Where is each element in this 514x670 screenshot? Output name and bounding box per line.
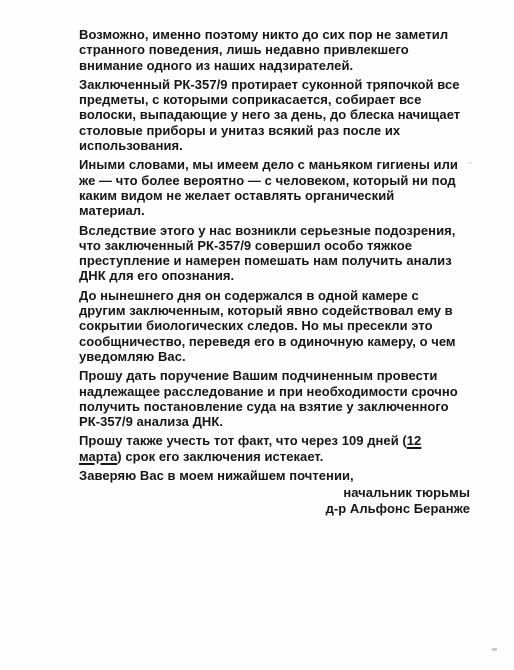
paragraph-7-with-date: Прошу также учесть тот факт, что через 1…	[79, 433, 461, 464]
scan-artifact	[492, 648, 497, 651]
paragraph-2: Заключенный РК-357/9 протирает суконной …	[79, 77, 461, 153]
scanned-letter-page: Возможно, именно поэтому никто до сих по…	[0, 0, 514, 670]
signature-name: д-р Альфонс Беранже	[79, 501, 470, 516]
paragraph-3: Иными словами, мы имеем дело с маньяком …	[79, 157, 461, 218]
paragraph-4: Вследствие этого у нас возникли серьезны…	[79, 223, 461, 284]
paragraph-6: Прошу дать поручение Вашим подчиненным п…	[79, 368, 461, 429]
letter-body: Возможно, именно поэтому никто до сих по…	[79, 27, 461, 516]
scan-artifact	[468, 162, 472, 164]
signature-title: начальник тюрьмы	[79, 485, 470, 500]
paragraph-5: До нынешнего дня он содержался в одной к…	[79, 288, 461, 364]
closing-line: Заверяю Вас в моем нижайшем почтении,	[79, 468, 461, 483]
signature-block: начальник тюрьмы д-р Альфонс Беранже	[79, 485, 470, 516]
date-paragraph-after: ) срок его заключения истекает.	[117, 449, 323, 464]
scan-artifact	[368, 52, 373, 55]
paragraph-1: Возможно, именно поэтому никто до сих по…	[79, 27, 461, 73]
date-paragraph-before: Прошу также учесть тот факт, что через 1…	[79, 433, 407, 448]
